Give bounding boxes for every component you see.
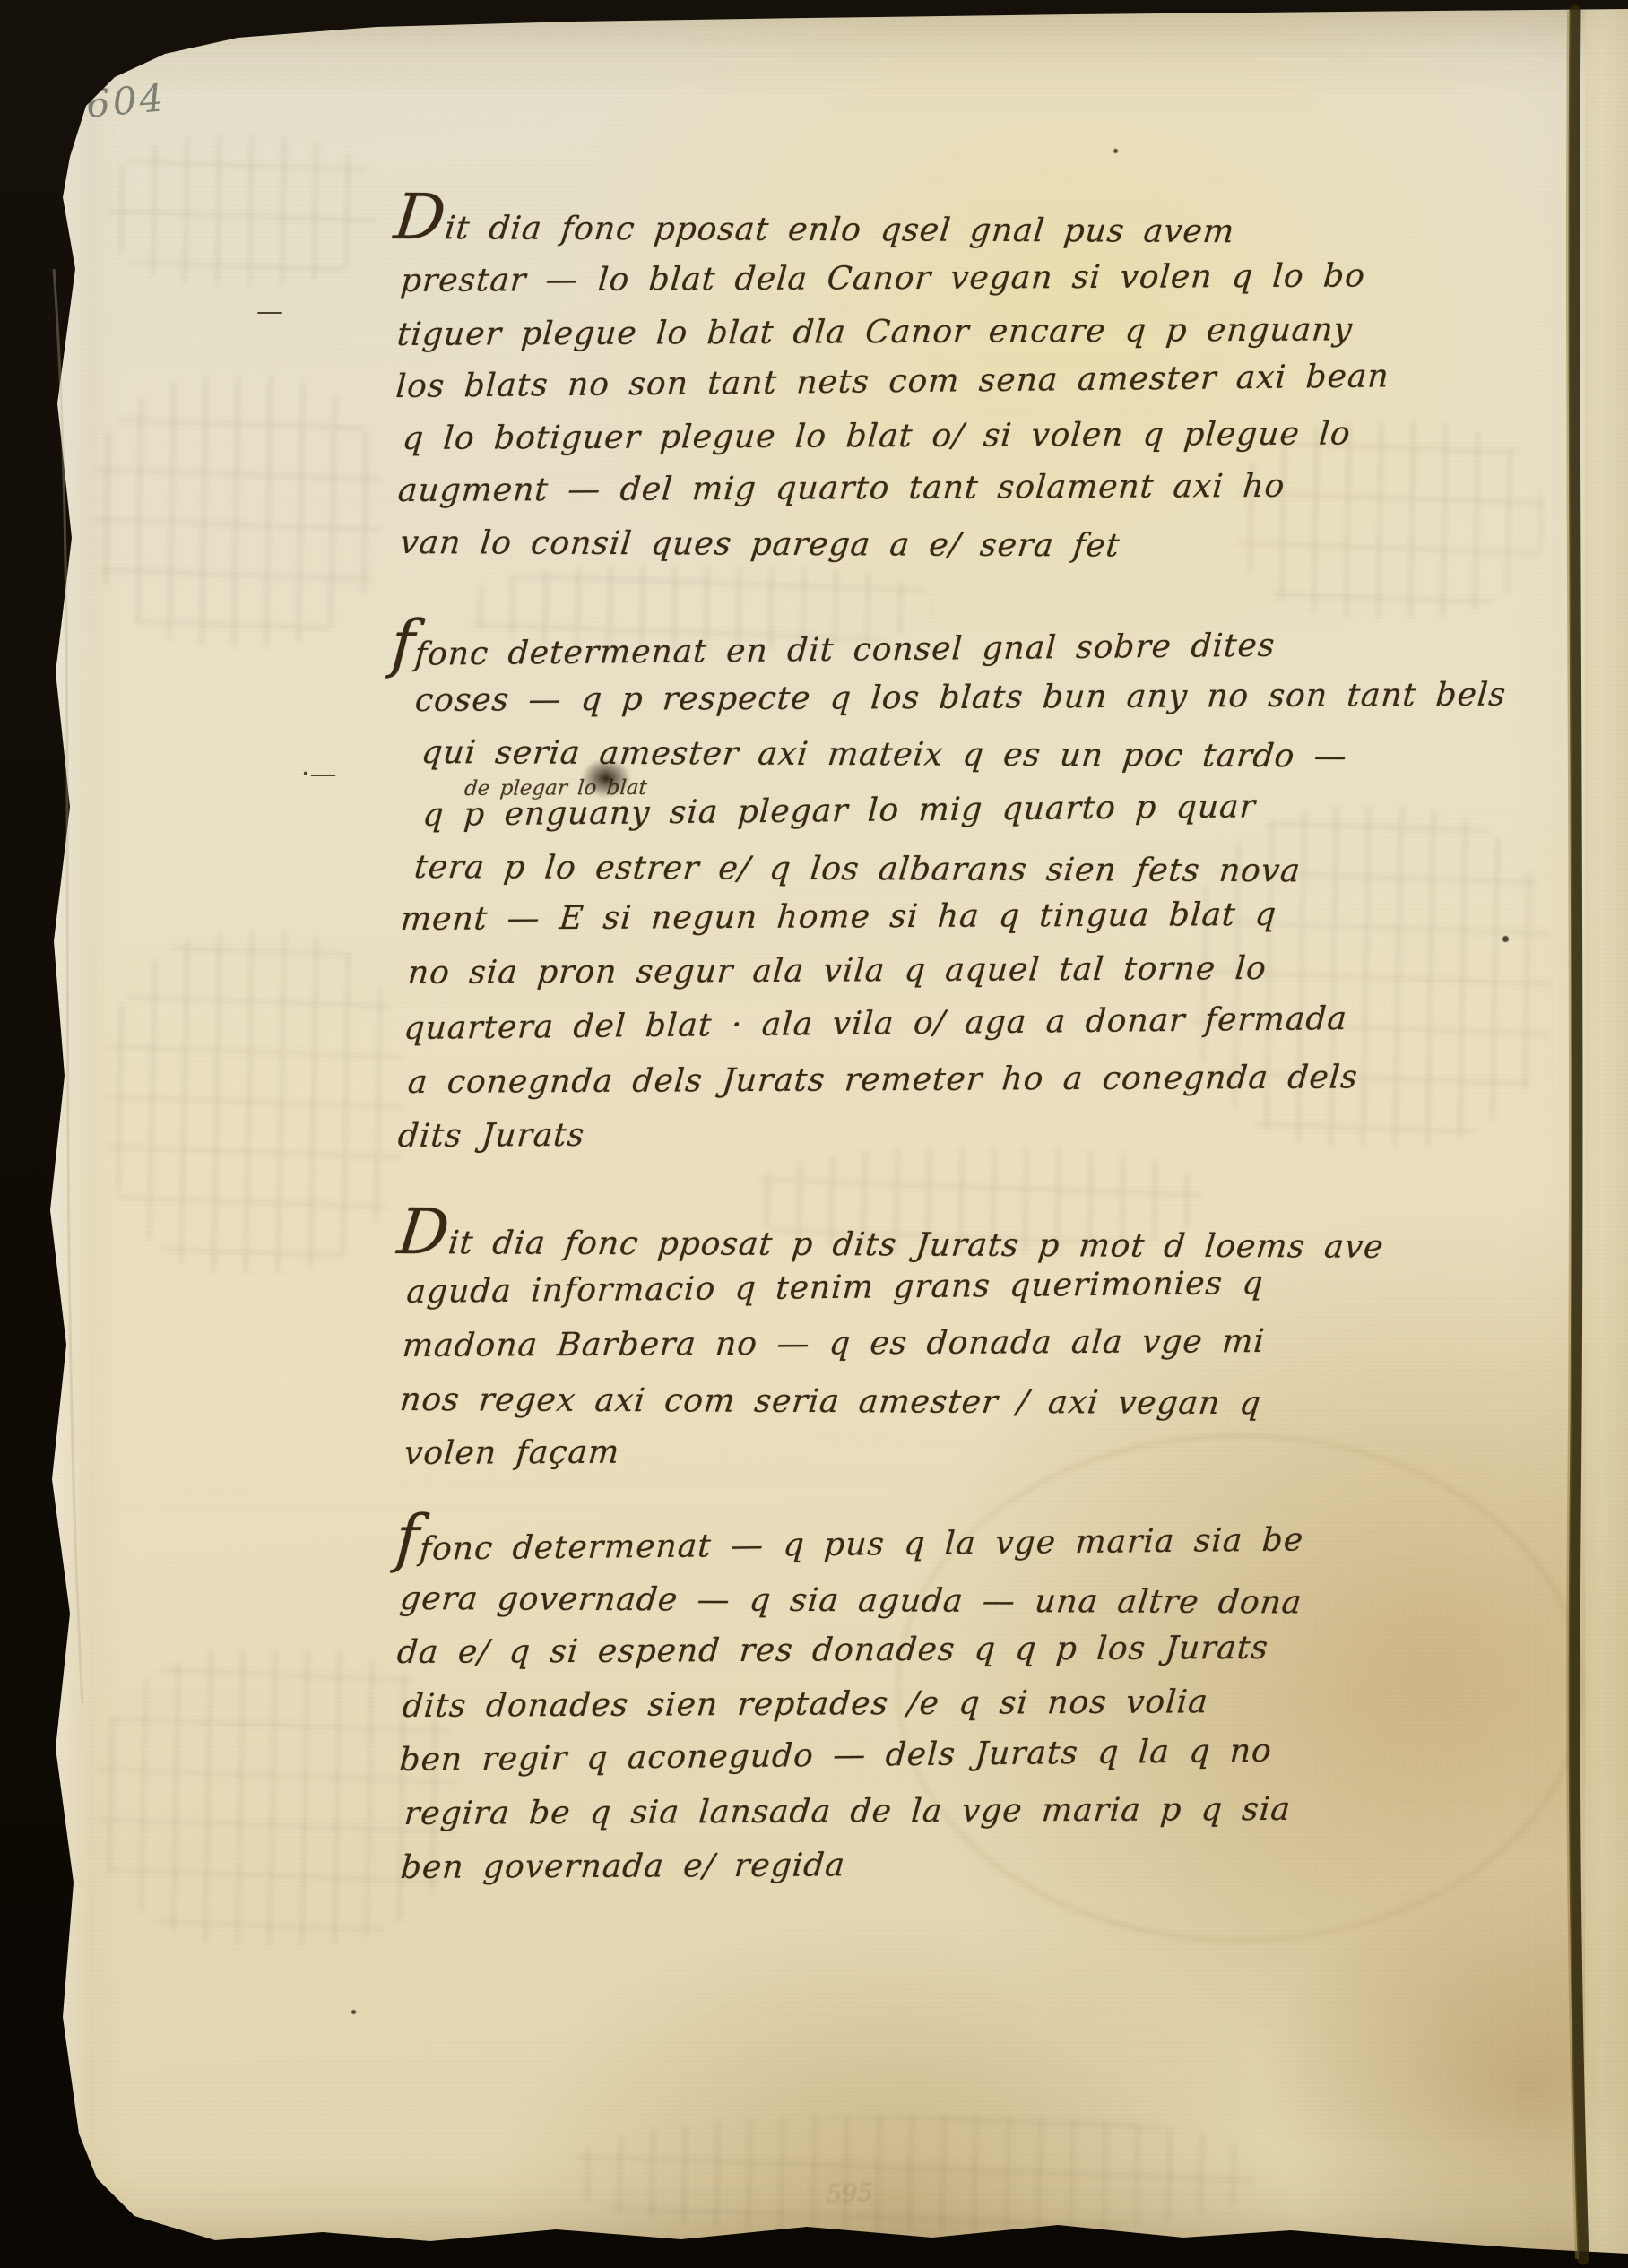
manuscript-line: no sia pron segur ala vila q aquel tal t… (406, 948, 1269, 995)
manuscript-line: da e/ q si espend res donades q q p los … (395, 1627, 1270, 1675)
ink-speck (1502, 936, 1509, 942)
margin-dash-mark: — (256, 296, 283, 327)
manuscript-line: van lo consil ques parega a e/ sera fet (398, 522, 1122, 568)
manuscript-line: Dit dia fonc pposat p dits Jurats p mot … (394, 1210, 1387, 1269)
manuscript-line: ffonc determenat — q pus q la vge maria … (394, 1507, 1305, 1571)
manuscript-line: aguda informacio q tenim grans querimoni… (405, 1262, 1265, 1314)
manuscript-scan: 604 595 — ·— Dit dia fonc pposat enlo qs… (0, 0, 1628, 2268)
manuscript-line: dits Jurats (396, 1114, 586, 1158)
manuscript-line: coses — q p respecte q los blats bun any… (413, 674, 1508, 723)
bleed-through-ghost (108, 932, 403, 1273)
folio-number: 604 (84, 75, 168, 126)
manuscript-line: a conegnda dels Jurats remeter ho a cone… (406, 1056, 1360, 1104)
manuscript-line: ment — E si negun home si ha q tingua bl… (399, 894, 1278, 941)
manuscript-line: ffonc determenat en dit consel gnal sobr… (389, 613, 1277, 677)
manuscript-line: madona Barbera no — q es donada ala vge … (401, 1320, 1267, 1368)
manuscript-line: prestar — lo blat dela Canor vegan si vo… (399, 255, 1367, 303)
torn-edge-fibers (47, 36, 93, 2232)
manuscript-line: los blats no son tant nets com sena ames… (394, 355, 1390, 409)
manuscript-line: gera governade — q sia aguda — una altre… (398, 1578, 1304, 1624)
manuscript-line: tera p lo estrer e/ q los albarans sien … (412, 846, 1303, 893)
manuscript-line: tiguer plegue lo blat dla Canor encare q… (395, 308, 1355, 357)
bleed-through-ghost (108, 134, 377, 287)
manuscript-line: nos regex axi com seria amester / axi ve… (398, 1379, 1264, 1425)
manuscript-line: augment — del mig quarto tant solament a… (396, 465, 1286, 513)
ink-speck (351, 2010, 356, 2014)
manuscript-line: Dit dia fonc pposat enlo qsel gnal pus a… (391, 195, 1238, 254)
bleed-through-ghost (574, 2116, 1255, 2232)
manuscript-line: q p enguany sia plegar lo mig quarto p q… (421, 785, 1257, 837)
manuscript-line: regira be q sia lansada de la vge maria … (403, 1788, 1293, 1836)
manuscript-line: ben regir q aconegudo — dels Jurats q la… (398, 1730, 1273, 1782)
bleed-through-ghost (94, 377, 381, 645)
ink-speck (1113, 149, 1118, 153)
manuscript-line: q lo botiguer plegue lo blat o/ si volen… (401, 412, 1352, 461)
manuscript-line: quartera del blat · ala vila o/ aga a do… (403, 998, 1348, 1051)
adjacent-page-strip (1585, 0, 1628, 2268)
ghost-folio-number: 595 (826, 2179, 873, 2209)
parchment-page: 604 595 — ·— Dit dia fonc pposat enlo qs… (0, 0, 1628, 2268)
margin-dash-mark: ·— (301, 758, 337, 790)
manuscript-line: volen façam (403, 1432, 621, 1476)
manuscript-line: dits donades sien reptades /e q si nos v… (401, 1681, 1210, 1728)
manuscript-line: ben governada e/ regida (399, 1844, 847, 1890)
